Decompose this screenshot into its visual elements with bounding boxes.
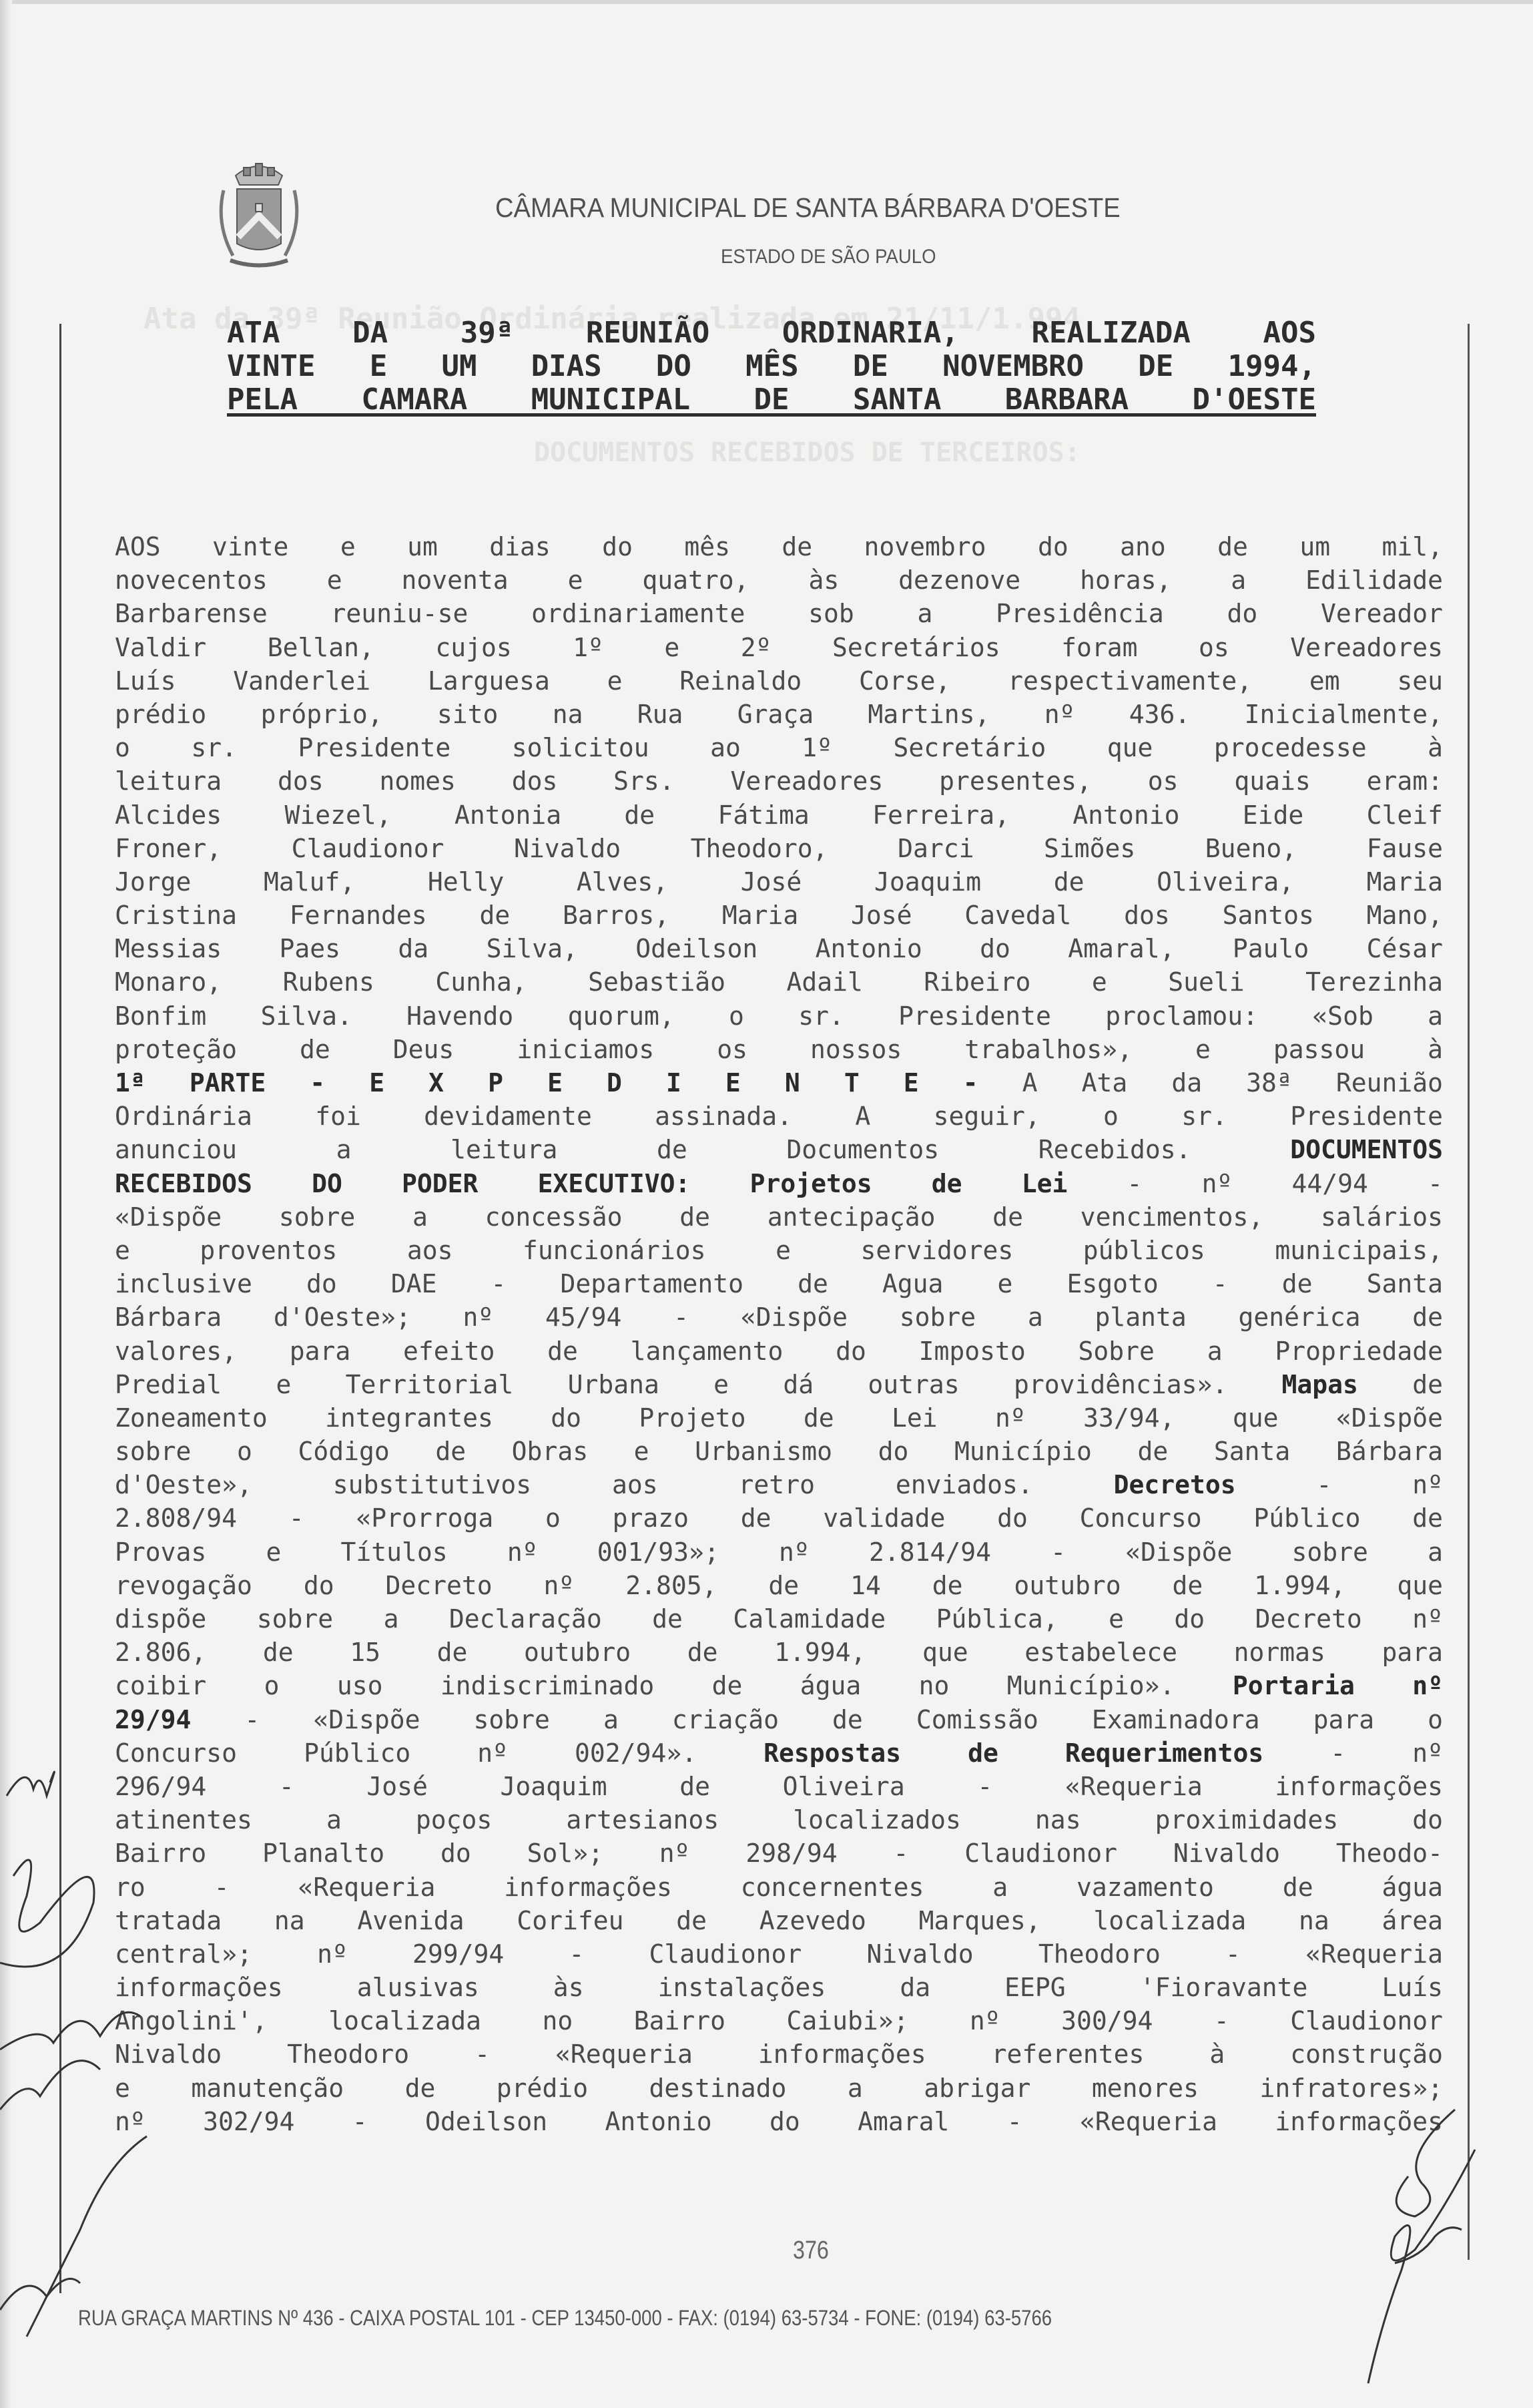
body-line: revogação do Decreto nº 2.805, de 14 de … (115, 1569, 1443, 1602)
body-line: 29/94 - «Dispõe sobre a criação de Comis… (115, 1703, 1443, 1736)
institution-name: CÂMARA MUNICIPAL DE SANTA BÁRBARA D'OEST… (495, 192, 1153, 224)
minutes-title: ATA DA 39ª REUNIÃO ORDINARIA, REALIZADA … (227, 316, 1316, 417)
body-line: Nivaldo Theodoro - «Requeria informações… (115, 2037, 1443, 2071)
minutes-body: AOS vinte e um dias do mês de novembro d… (115, 530, 1443, 2138)
body-line: 2.808/94 - «Prorroga o prazo de validade… (115, 1501, 1443, 1535)
body-line: nº 302/94 - Odeilson Antonio do Amaral -… (115, 2105, 1443, 2138)
body-line: d'Oeste», substitutivos aos retro enviad… (115, 1468, 1443, 1501)
body-line: o sr. Presidente solicitou ao 1º Secretá… (115, 731, 1443, 764)
body-line: novecentos e noventa e quatro, às dezeno… (115, 563, 1443, 597)
body-line: informações alusivas às instalações da E… (115, 1971, 1443, 2004)
body-line: sobre o Código de Obras e Urbanismo do M… (115, 1435, 1443, 1468)
body-line: Provas e Títulos nº 001/93»; nº 2.814/94… (115, 1535, 1443, 1569)
body-line: Monaro, Rubens Cunha, Sebastião Adail Ri… (115, 965, 1443, 999)
municipal-crest-icon (204, 144, 314, 277)
body-line: Angolini', localizada no Bairro Caiubi»;… (115, 2004, 1443, 2037)
body-line: 2.806, de 15 de outubro de 1.994, que es… (115, 1636, 1443, 1669)
body-line: Messias Paes da Silva, Odeilson Antonio … (115, 932, 1443, 965)
body-line: Cristina Fernandes de Barros, Maria José… (115, 899, 1443, 932)
body-line: RECEBIDOS DO PODER EXECUTIVO: Projetos d… (115, 1167, 1443, 1200)
body-line: Concurso Público nº 002/94». Respostas d… (115, 1736, 1443, 1770)
body-line: e proventos aos funcionários e servidore… (115, 1234, 1443, 1267)
body-line: central»; nº 299/94 - Claudionor Nivaldo… (115, 1937, 1443, 1971)
body-line: inclusive do DAE - Departamento de Agua … (115, 1267, 1443, 1300)
page-number: 376 (793, 2236, 829, 2265)
body-line: Bárbara d'Oeste»; nº 45/94 - «Dispõe sob… (115, 1300, 1443, 1334)
title-line: PELA CAMARA MUNICIPAL DE SANTA BARBARA D… (227, 383, 1316, 417)
body-line: «Dispõe sobre a concessão de antecipação… (115, 1200, 1443, 1234)
body-line: ro - «Requeria informações concernentes … (115, 1871, 1443, 1904)
right-margin-rule (1468, 324, 1470, 2260)
body-line: anunciou a leitura de Documentos Recebid… (115, 1133, 1443, 1166)
state-name: ESTADO DE SÃO PAULO (721, 246, 936, 268)
body-line: dispõe sobre a Declaração de Calamidade … (115, 1602, 1443, 1636)
body-line: atinentes a poços artesianos localizados… (115, 1803, 1443, 1837)
body-line: Jorge Maluf, Helly Alves, José Joaquim d… (115, 865, 1443, 899)
body-line: Zoneamento integrantes do Projeto de Lei… (115, 1401, 1443, 1435)
body-line: Luís Vanderlei Larguesa e Reinaldo Corse… (115, 664, 1443, 698)
body-line: 296/94 - José Joaquim de Oliveira - «Req… (115, 1770, 1443, 1803)
title-line: ATA DA 39ª REUNIÃO ORDINARIA, REALIZADA … (227, 316, 1316, 350)
body-line: Predial e Territorial Urbana e dá outras… (115, 1368, 1443, 1401)
body-line: Bairro Planalto do Sol»; nº 298/94 - Cla… (115, 1837, 1443, 1870)
body-line: proteção de Deus iniciamos os nossos tra… (115, 1033, 1443, 1066)
body-line: e manutenção de prédio destinado a abrig… (115, 2072, 1443, 2105)
title-line: VINTE E UM DIAS DO MÊS DE NOVEMBRO DE 19… (227, 350, 1316, 383)
body-line: Valdir Bellan, cujos 1º e 2º Secretários… (115, 631, 1443, 664)
body-line: valores, para efeito de lançamento do Im… (115, 1335, 1443, 1368)
footer-address: RUA GRAÇA MARTINS Nº 436 - CAIXA POSTAL … (78, 2306, 1295, 2331)
body-line: Alcides Wiezel, Antonia de Fátima Ferrei… (115, 798, 1443, 832)
signature-right-icon (1301, 2103, 1502, 2397)
body-line: tratada na Avenida Corifeu de Azevedo Ma… (115, 1904, 1443, 1937)
body-line: Ordinária foi devidamente assinada. A se… (115, 1100, 1443, 1133)
body-line: Froner, Claudionor Nivaldo Theodoro, Dar… (115, 832, 1443, 865)
body-line: prédio próprio, sito na Rua Graça Martin… (115, 698, 1443, 731)
page-top-edge (0, 0, 1533, 4)
body-line: leitura dos nomes dos Srs. Vereadores pr… (115, 764, 1443, 798)
signature-left-icon (0, 1762, 174, 2363)
body-line: AOS vinte e um dias do mês de novembro d… (115, 530, 1443, 563)
body-line: 1ª PARTE - E X P E D I E N T E - A Ata d… (115, 1066, 1443, 1100)
body-line: Barbarense reuniu-se ordinariamente sob … (115, 597, 1443, 630)
body-line: Bonfim Silva. Havendo quorum, o sr. Pres… (115, 999, 1443, 1033)
bleed-through-text: DOCUMENTOS RECEBIDOS DE TERCEIROS: (534, 437, 1081, 468)
body-line: coibir o uso indiscriminado de água no M… (115, 1669, 1443, 1702)
